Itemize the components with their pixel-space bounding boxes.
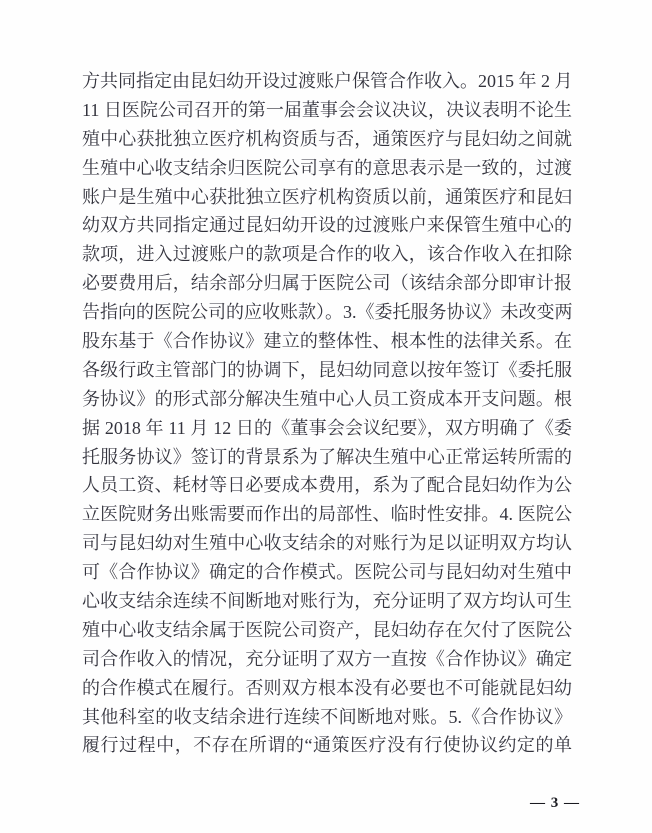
- text-line: 心收支结余连续不间断地对账行为，充分证明了双方均认可生: [82, 587, 572, 616]
- text-line: 的合作模式在履行。否则双方根本没有必要也不可能就昆妇幼: [82, 674, 572, 703]
- page-number: — 3 —: [530, 795, 580, 812]
- text-line: 款项，进入过渡账户的款项是合作的收入，该合作收入在扣除: [82, 240, 572, 269]
- document-page: 方共同指定由昆妇幼开设过渡账户保管合作收入。2015 年 2 月 11 日医院公…: [0, 0, 652, 833]
- document-body: 方共同指定由昆妇幼开设过渡账户保管合作收入。2015 年 2 月 11 日医院公…: [82, 67, 572, 760]
- text-line: 履行过程中，不存在所谓的“通策医疗没有行使协议约定的单: [82, 731, 572, 760]
- text-line: 立医院财务出账需要而作出的局部性、临时性安排。4. 医院公: [82, 500, 572, 529]
- text-line: 人员工资、耗材等日必要成本费用，系为了配合昆妇幼作为公: [82, 471, 572, 500]
- text-line: 可《合作协议》确定的合作模式。医院公司与昆妇幼对生殖中: [82, 558, 572, 587]
- text-line: 据 2018 年 11 月 12 日的《董事会会议纪要》，双方明确了《委: [82, 414, 572, 443]
- text-line: 告指向的医院公司的应收账款）。3.《委托服务协议》未改变两: [82, 298, 572, 327]
- text-line: 司与昆妇幼对生殖中心收支结余的对账行为足以证明双方均认: [82, 529, 572, 558]
- text-line: 账户是生殖中心获批独立医疗机构资质以前，通策医疗和昆妇: [82, 183, 572, 212]
- text-line: 托服务协议》签订的背景系为了解决生殖中心正常运转所需的: [82, 443, 572, 472]
- text-line: 司合作收入的情况，充分证明了双方一直按《合作协议》确定: [82, 645, 572, 674]
- text-line: 各级行政主管部门的协调下，昆妇幼同意以按年签订《委托服: [82, 356, 572, 385]
- text-line: 殖中心获批独立医疗机构资质与否，通策医疗与昆妇幼之间就: [82, 125, 572, 154]
- text-line: 务协议》的形式部分解决生殖中心人员工资成本开支问题。根: [82, 385, 572, 414]
- text-line: 方共同指定由昆妇幼开设过渡账户保管合作收入。2015 年 2 月: [82, 67, 572, 96]
- text-line: 殖中心收支结余属于医院公司资产，昆妇幼存在欠付了医院公: [82, 616, 572, 645]
- text-line: 11 日医院公司召开的第一届董事会会议决议，决议表明不论生: [82, 96, 572, 125]
- text-line: 股东基于《合作协议》建立的整体性、根本性的法律关系。在: [82, 327, 572, 356]
- text-line: 必要费用后，结余部分归属于医院公司（该结余部分即审计报: [82, 269, 572, 298]
- text-line: 其他科室的收支结余进行连续不间断地对账。5.《合作协议》: [82, 703, 572, 732]
- text-line: 生殖中心收支结余归医院公司享有的意思表示是一致的，过渡: [82, 154, 572, 183]
- text-line: 幼双方共同指定通过昆妇幼开设的过渡账户来保管生殖中心的: [82, 211, 572, 240]
